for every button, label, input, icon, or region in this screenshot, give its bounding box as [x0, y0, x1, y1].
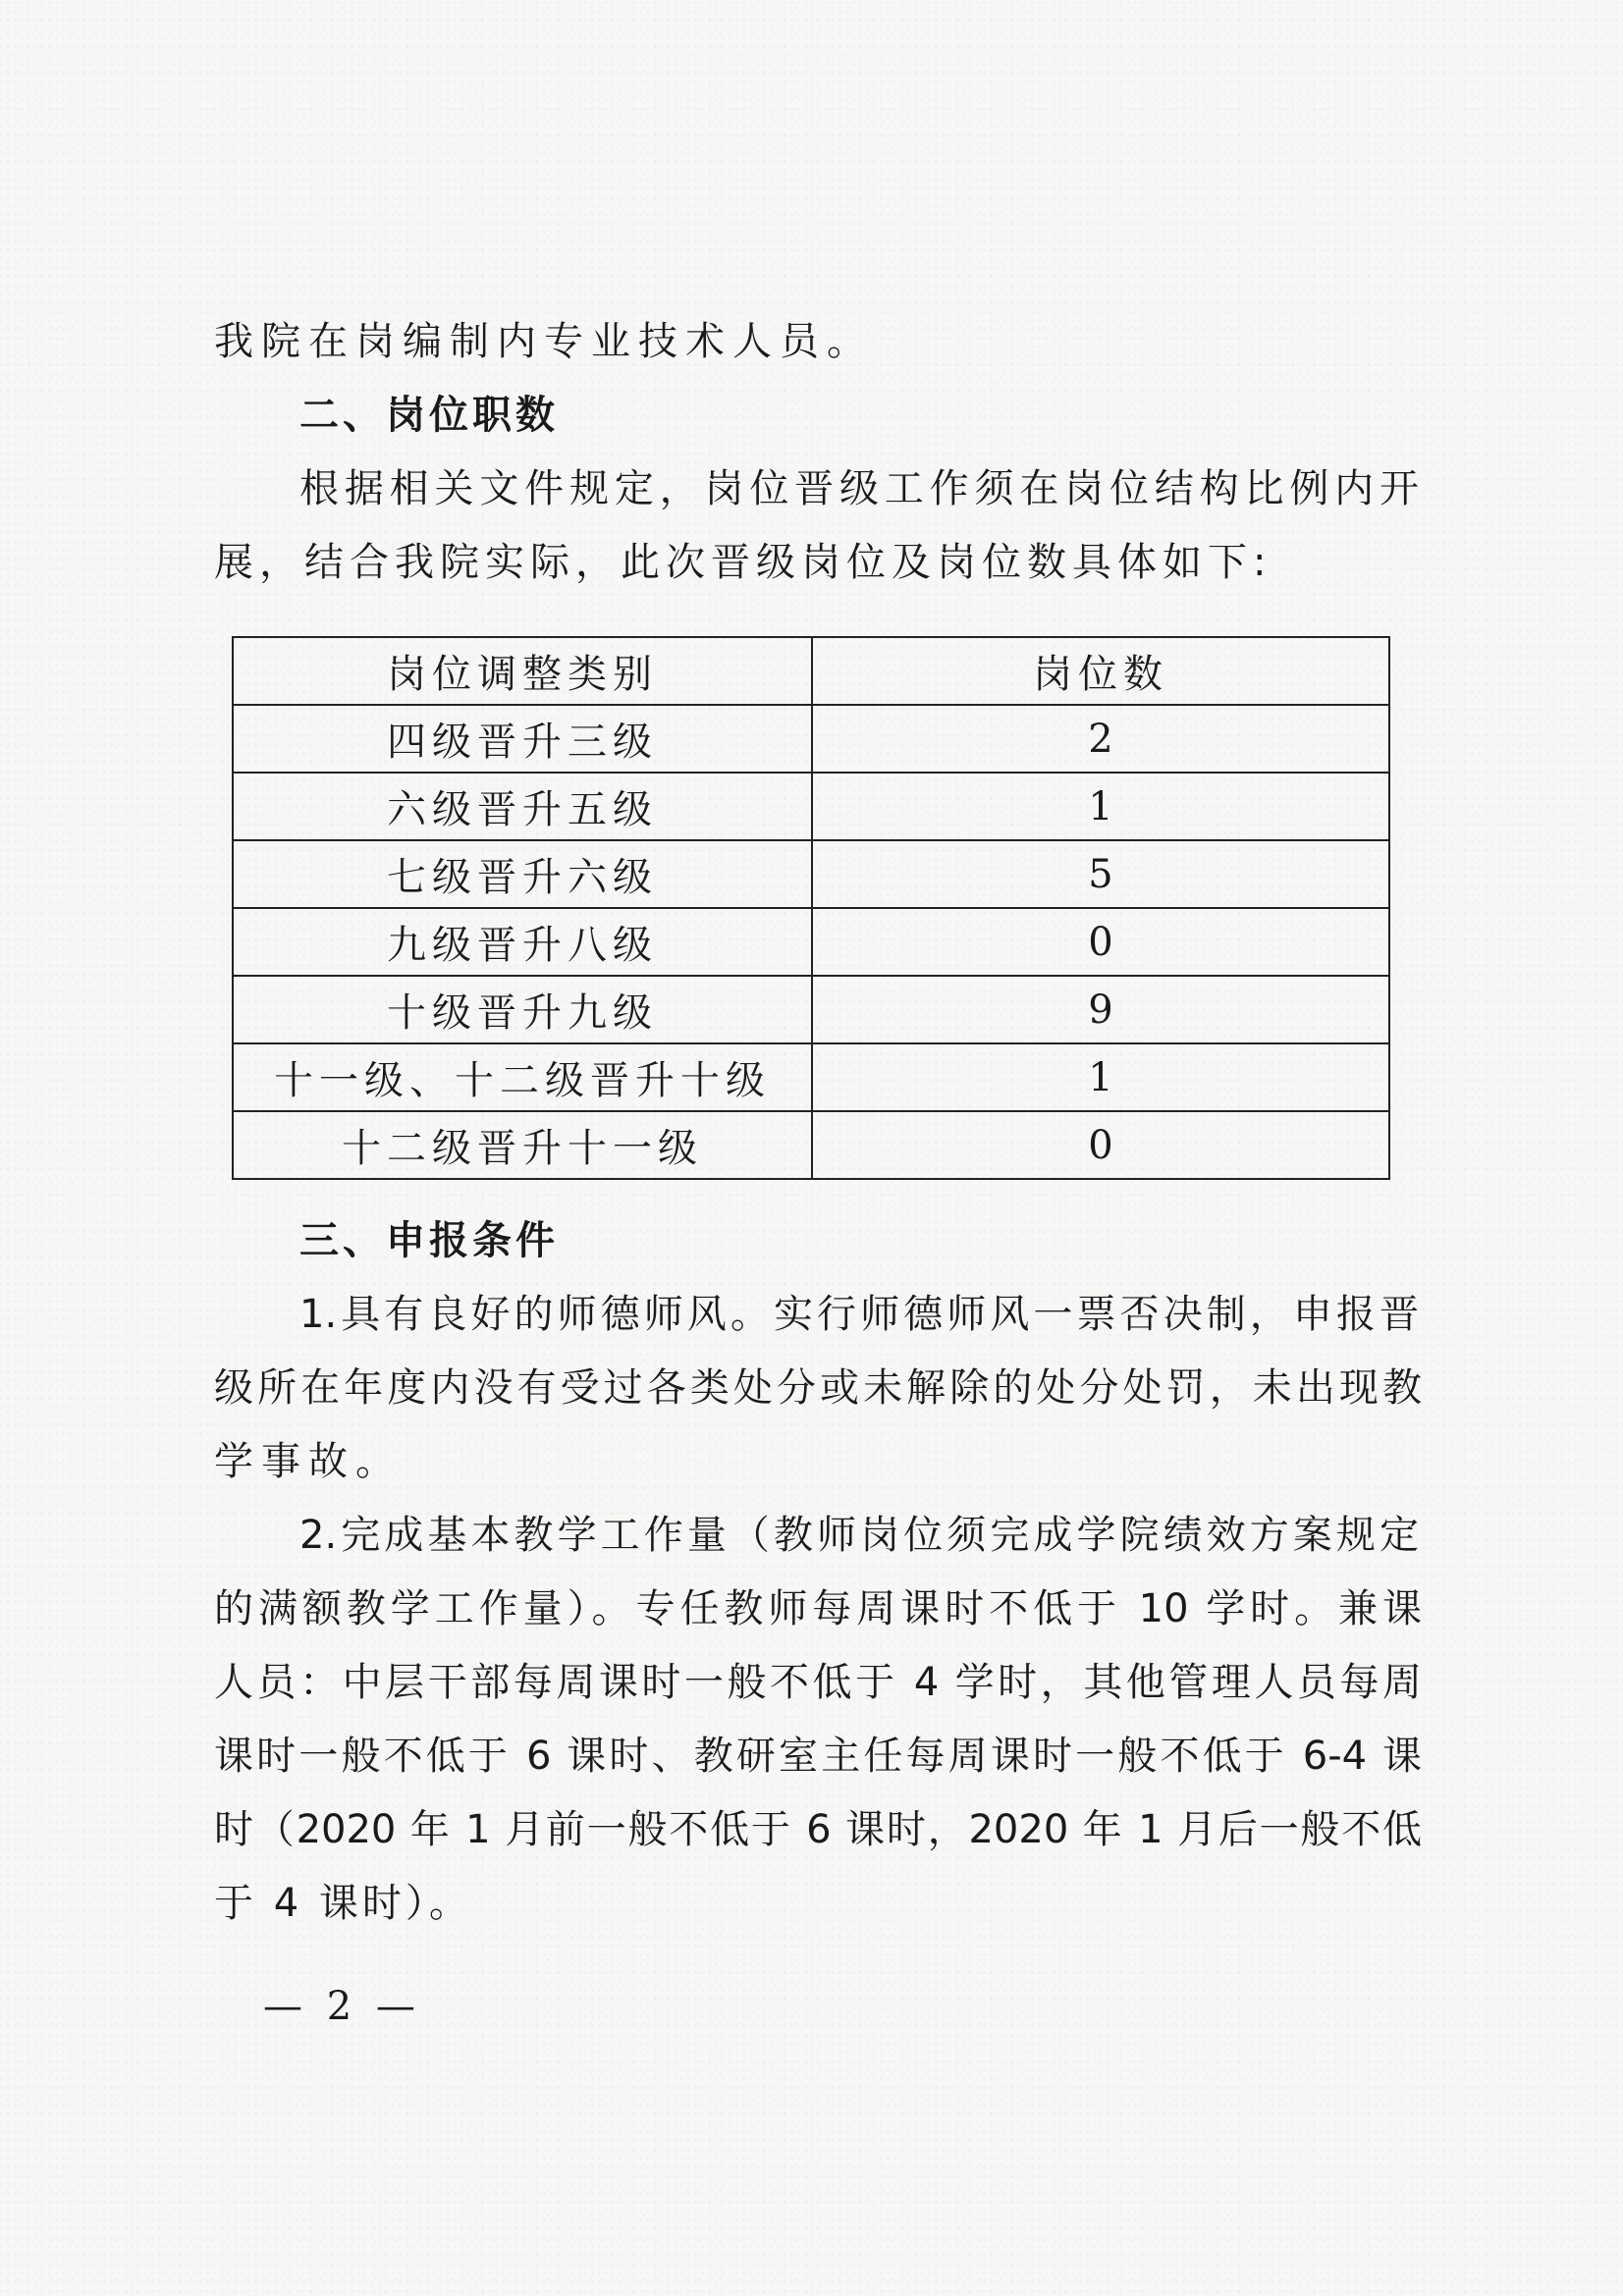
paragraph-line: 于 4 课时）。 — [214, 1878, 1422, 1929]
category-cell: 十一级、十二级晋升十级 — [233, 1043, 812, 1111]
category-cell: 十级晋升九级 — [233, 976, 812, 1043]
count-cell: 1 — [812, 773, 1389, 840]
paragraph-line: 根据相关文件规定，岗位晋级工作须在岗位结构比例内开 — [299, 463, 1419, 514]
paragraph-line: 人员：中层干部每周课时一般不低于 4 学时，其他管理人员每周 — [214, 1657, 1422, 1708]
count-cell: 1 — [812, 1043, 1389, 1111]
intro-line: 我院在岗编制内专业技术人员。 — [214, 316, 1422, 367]
table-header-row: 岗位调整类别 岗位数 — [233, 637, 1389, 705]
paragraph-line: 2.完成基本教学工作量（教师岗位须完成学院绩效方案规定 — [299, 1510, 1419, 1561]
count-cell: 5 — [812, 840, 1389, 908]
table-row: 九级晋升八级 0 — [233, 908, 1389, 976]
category-cell: 九级晋升八级 — [233, 908, 812, 976]
page-number: — 2 — — [263, 1981, 421, 2032]
paragraph-line: 课时一般不低于 6 课时、教研室主任每周课时一般不低于 6-4 课 — [214, 1731, 1422, 1782]
paragraph-line: 1.具有良好的师德师风。实行师德师风一票否决制，申报晋 — [299, 1289, 1419, 1340]
paragraph-line: 的满额教学工作量）。专任教师每周课时不低于 10 学时。兼课 — [214, 1583, 1422, 1634]
count-cell: 9 — [812, 976, 1389, 1043]
category-cell: 十二级晋升十一级 — [233, 1111, 812, 1179]
paragraph-line: 展，结合我院实际，此次晋级岗位及岗位数具体如下: — [214, 537, 1422, 588]
category-cell: 四级晋升三级 — [233, 705, 812, 773]
count-cell: 0 — [812, 1111, 1389, 1179]
count-cell: 2 — [812, 705, 1389, 773]
table-row: 十级晋升九级 9 — [233, 976, 1389, 1043]
paragraph-line: 时（2020 年 1 月前一般不低于 6 课时，2020 年 1 月后一般不低 — [214, 1804, 1422, 1855]
table-row: 七级晋升六级 5 — [233, 840, 1389, 908]
table-row: 十一级、十二级晋升十级 1 — [233, 1043, 1389, 1111]
section-heading-positions: 二、岗位职数 — [299, 390, 1419, 441]
category-cell: 六级晋升五级 — [233, 773, 812, 840]
table-row: 六级晋升五级 1 — [233, 773, 1389, 840]
table-row: 四级晋升三级 2 — [233, 705, 1389, 773]
paragraph-line: 学事故。 — [214, 1436, 1422, 1487]
section-heading-conditions: 三、申报条件 — [299, 1215, 1419, 1266]
paragraph-line: 级所在年度内没有受过各类处分或未解除的处分处罚，未出现教 — [214, 1362, 1422, 1414]
table-row: 十二级晋升十一级 0 — [233, 1111, 1389, 1179]
post-quota-table: 岗位调整类别 岗位数 四级晋升三级 2 六级晋升五级 1 七级晋升六级 5 九级… — [232, 636, 1390, 1180]
column-header-count: 岗位数 — [812, 637, 1389, 705]
count-cell: 0 — [812, 908, 1389, 976]
category-cell: 七级晋升六级 — [233, 840, 812, 908]
column-header-category: 岗位调整类别 — [233, 637, 812, 705]
